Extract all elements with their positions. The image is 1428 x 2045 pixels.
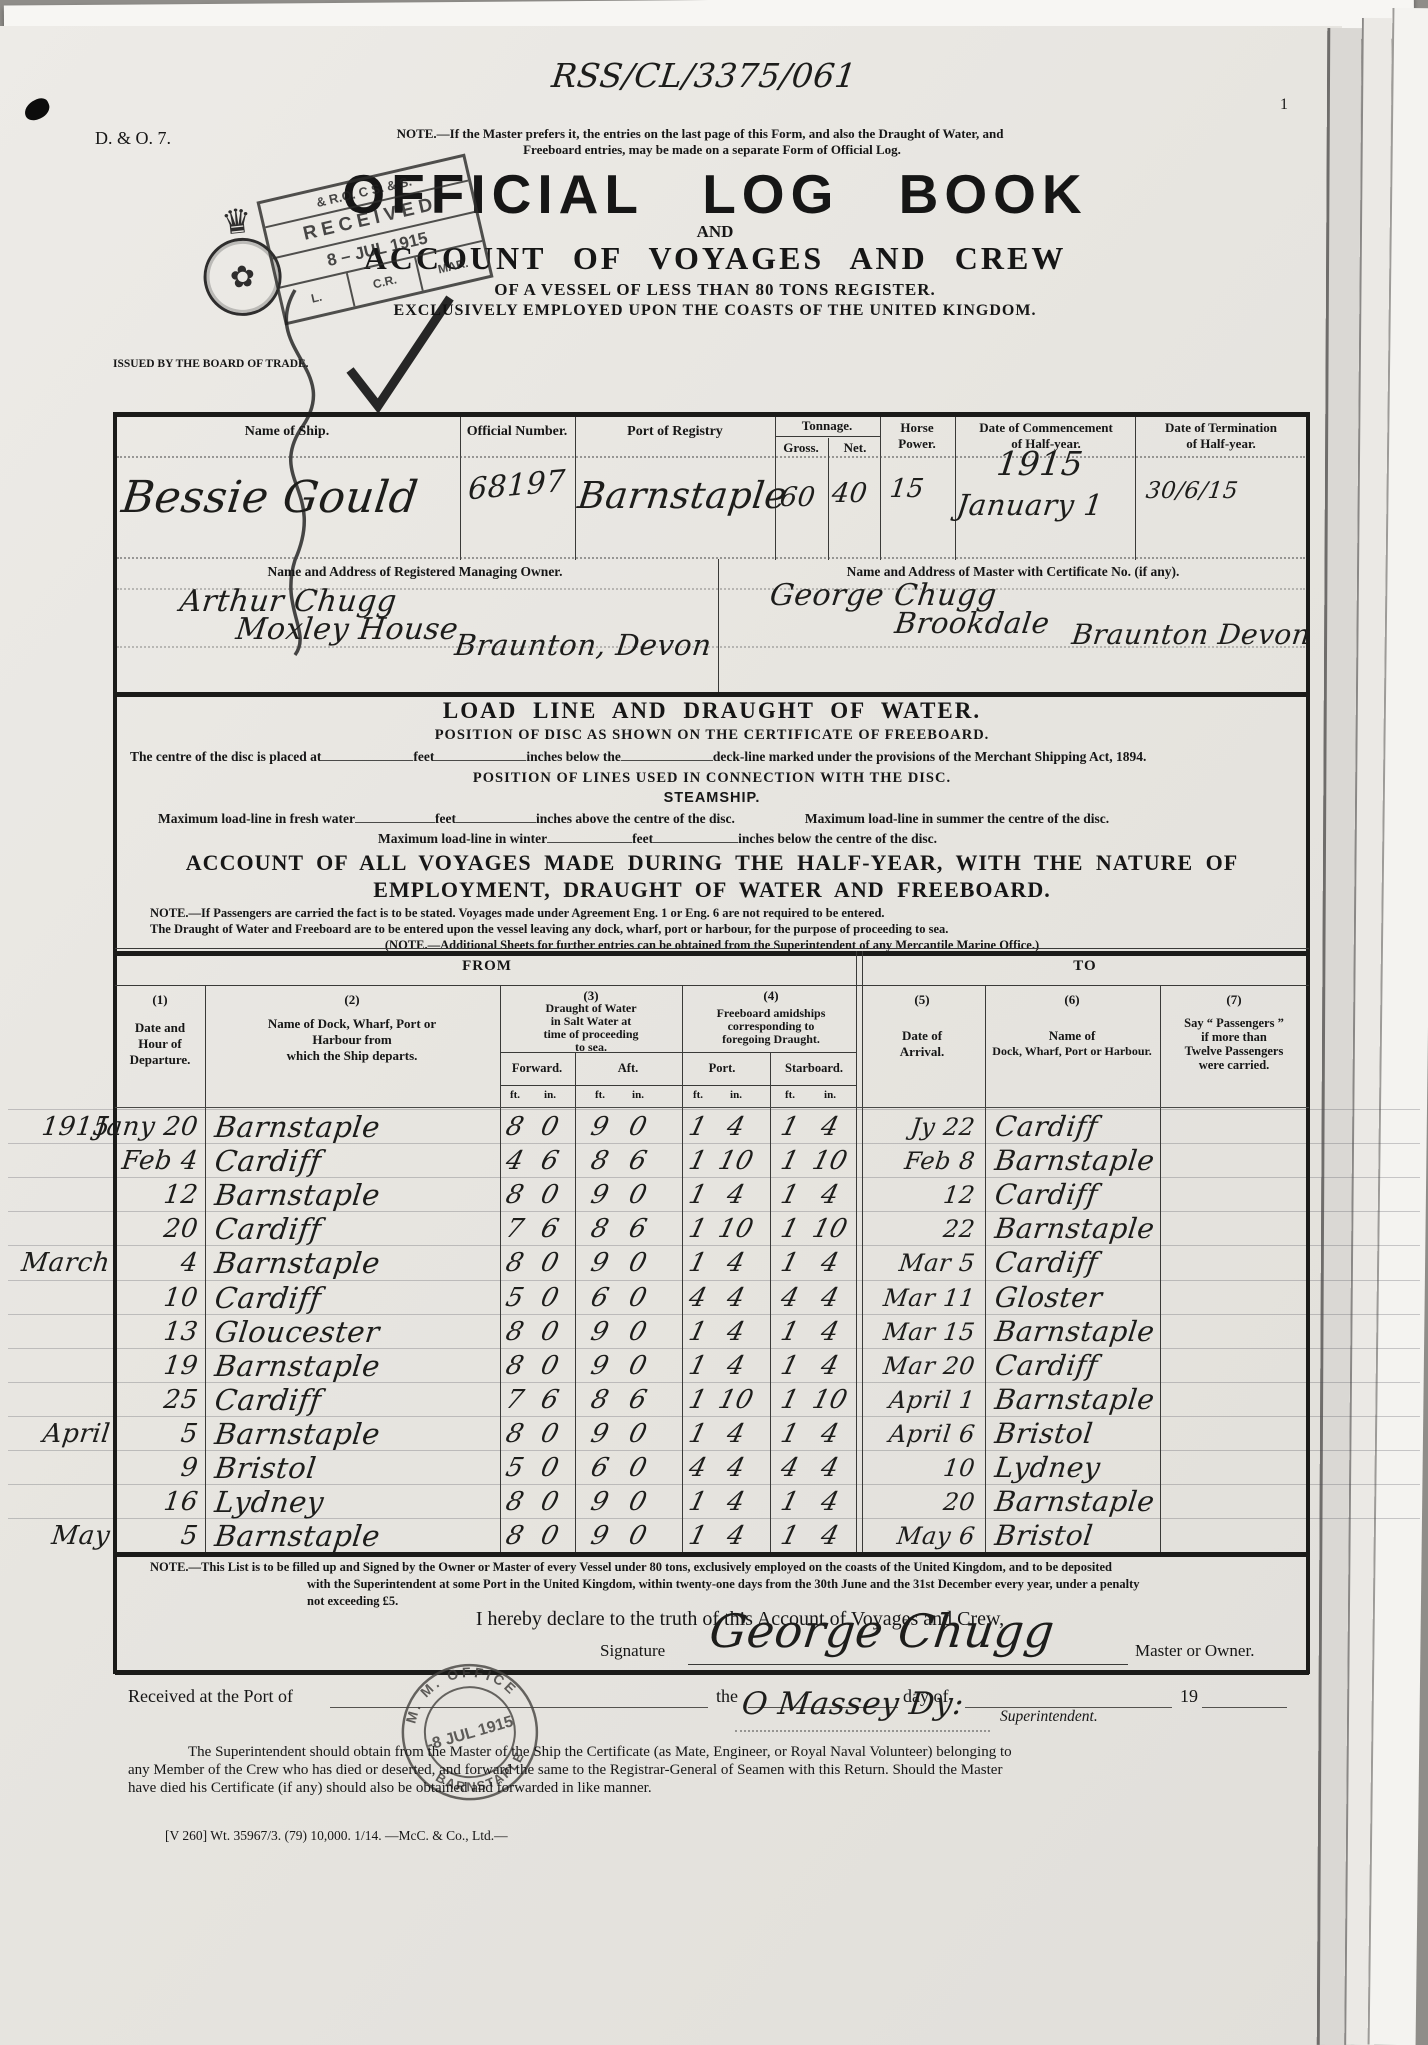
freeboard-port-in: 4 xyxy=(723,1109,749,1145)
freeboard-port-ft: 4 xyxy=(685,1280,711,1316)
draught-forward-ft: 8 xyxy=(502,1314,528,1350)
rule xyxy=(115,985,1309,986)
steamship-heading: STEAMSHIP. xyxy=(664,790,761,806)
header-bottom-rule xyxy=(115,1107,1309,1108)
divider xyxy=(460,417,461,560)
master-address-value-1: Brookdale xyxy=(893,606,1052,640)
received-19-label: 19 xyxy=(1180,1686,1198,1707)
col2-label-3: which the Ship departs. xyxy=(287,1048,418,1064)
col5-label-1: Date of xyxy=(902,1028,942,1044)
closing-paragraph-2: any Member of the Crew who has died or d… xyxy=(128,1762,1002,1779)
commencement-year-value: 1915 xyxy=(995,444,1086,483)
col6-label-1: Name of xyxy=(1049,1028,1096,1044)
received-the-label: the xyxy=(716,1686,738,1707)
arrival-date: 20 xyxy=(793,1484,977,1520)
port-of-registry-value: Barnstaple xyxy=(575,474,789,517)
feet-label: feet xyxy=(632,831,653,846)
freeboard-port-ft: 1 xyxy=(685,1143,711,1179)
departure-port: Cardiff xyxy=(213,1382,324,1418)
voyage-row: 19 Barnstaple 8 0 9 0 1 4 1 4 Mar 20 Car… xyxy=(0,1348,1428,1384)
subtitle-line2: OF A VESSEL OF LESS THAN 80 TONS REGISTE… xyxy=(494,280,936,300)
voyage-row: 25 Cardiff 7 6 8 6 1 10 1 10 April 1 Bar… xyxy=(0,1382,1428,1418)
voyage-row: April 5 Barnstaple 8 0 9 0 1 4 1 4 April… xyxy=(0,1416,1428,1452)
col1-label-2: Hour of xyxy=(138,1036,181,1052)
freeboard-port-in: 4 xyxy=(723,1416,749,1452)
departure-port: Barnstaple xyxy=(213,1416,382,1452)
departure-port: Barnstaple xyxy=(213,1177,382,1213)
draught-forward-in: 0 xyxy=(537,1450,563,1486)
horse-power-value: 15 xyxy=(888,474,926,504)
draught-aft-ft: 6 xyxy=(587,1280,613,1316)
col6-label-2: Dock, Wharf, Port or Harbour. xyxy=(992,1044,1151,1059)
blank-line xyxy=(547,830,632,843)
top-note-line2: Freeboard entries, may be made on a sepa… xyxy=(523,142,901,158)
departure-date: 13 xyxy=(0,1314,200,1350)
draught-forward-in: 0 xyxy=(537,1177,563,1213)
subtitle-line3: EXCLUSIVELY EMPLOYED UPON THE COASTS OF … xyxy=(394,302,1037,320)
draught-aft-ft: 8 xyxy=(587,1211,613,1247)
col5-label-2: Arrival. xyxy=(900,1044,944,1060)
blank-line xyxy=(456,810,536,823)
arrival-date: May 6 xyxy=(793,1518,977,1554)
freeboard-port-in: 10 xyxy=(715,1382,758,1418)
top-note-line1: NOTE.—If the Master prefers it, the entr… xyxy=(397,126,1004,142)
fresh-water-line: Maximum load-line in fresh waterfeetinch… xyxy=(158,810,1109,827)
draught-forward-ft: 8 xyxy=(502,1177,528,1213)
arrival-date: 10 xyxy=(793,1450,977,1486)
disc-position-line: The centre of the disc is placed atfeeti… xyxy=(130,748,1146,765)
departure-date: Jany 20 xyxy=(0,1109,200,1145)
ship-table-top-border xyxy=(115,412,1309,417)
from-header: FROM xyxy=(462,958,512,975)
voyage-row: 16 Lydney 8 0 9 0 1 4 1 4 20 Barnstaple xyxy=(0,1484,1428,1520)
col-tonnage: Tonnage. xyxy=(802,418,852,434)
departure-port: Cardiff xyxy=(213,1280,324,1316)
blank-line xyxy=(621,748,713,761)
draught-aft-ft: 9 xyxy=(587,1245,613,1281)
deposit-note-1: NOTE.—This List is to be filled up and S… xyxy=(150,1560,1112,1575)
voyage-row: March 4 Barnstaple 8 0 9 0 1 4 1 4 Mar 5… xyxy=(0,1245,1428,1281)
draught-forward-in: 6 xyxy=(537,1211,563,1247)
departure-date: 5 xyxy=(0,1518,200,1554)
freeboard-port-in: 4 xyxy=(723,1518,749,1554)
draught-aft-in: 0 xyxy=(625,1450,651,1486)
col-official-number: Official Number. xyxy=(467,424,568,440)
draught-aft-ft: 6 xyxy=(587,1450,613,1486)
col1-number: (1) xyxy=(152,992,167,1008)
departure-port: Barnstaple xyxy=(213,1245,382,1281)
winter-pre-text: Maximum load-line in winter xyxy=(378,831,547,846)
arrival-port: Barnstaple xyxy=(993,1211,1157,1247)
draught-aft-ft: 9 xyxy=(587,1518,613,1554)
draught-forward-in: 0 xyxy=(537,1109,563,1145)
superintendent-signature-handwritten: O Massey Dy: xyxy=(740,1686,966,1722)
departure-port: Barnstaple xyxy=(213,1348,382,1384)
draught-forward-in: 0 xyxy=(537,1314,563,1350)
draught-aft-in: 0 xyxy=(625,1177,651,1213)
title-and: AND xyxy=(697,222,734,242)
draught-forward-ft: 8 xyxy=(502,1518,528,1554)
departure-date: 16 xyxy=(0,1484,200,1520)
arrival-port: Barnstaple xyxy=(993,1382,1157,1418)
signature-label: Signature xyxy=(600,1641,665,1661)
freeboard-port-ft: 1 xyxy=(685,1518,711,1554)
freeboard-port-ft: 1 xyxy=(685,1348,711,1384)
draught-aft-ft: 9 xyxy=(587,1177,613,1213)
departure-port: Cardiff xyxy=(213,1143,324,1179)
closing-paragraph-3: have died his Certificate (if any) shoul… xyxy=(128,1780,652,1797)
commencement-date-value: January 1 xyxy=(955,488,1105,522)
deposit-note-3: not exceeding £5. xyxy=(307,1594,398,1609)
departure-date: 10 xyxy=(0,1280,200,1316)
winter-post-text: inches below the centre of the disc. xyxy=(738,831,937,846)
arrival-date: 12 xyxy=(793,1177,977,1213)
freeboard-port-in: 4 xyxy=(723,1280,749,1316)
ft-label: ft. xyxy=(510,1089,520,1101)
freeboard-port-ft: 1 xyxy=(685,1314,711,1350)
draught-forward-ft: 7 xyxy=(502,1211,528,1247)
freeboard-port-ft: 1 xyxy=(685,1382,711,1418)
feet-label: feet xyxy=(413,749,434,764)
owner-address-value-2: Braunton, Devon xyxy=(453,628,714,662)
voyage-row: 1915 Jany 20 Barnstaple 8 0 9 0 1 4 1 4 … xyxy=(0,1109,1428,1145)
account-heading-line1: ACCOUNT OF ALL VOYAGES MADE DURING THE H… xyxy=(186,850,1238,876)
draught-forward-in: 0 xyxy=(537,1280,563,1316)
position-of-lines-heading: POSITION OF LINES USED IN CONNECTION WIT… xyxy=(473,770,951,787)
section-border xyxy=(115,692,1309,697)
draught-aft-in: 6 xyxy=(625,1211,651,1247)
arrival-port: Barnstaple xyxy=(993,1314,1157,1350)
master-signature-handwritten: George Chugg xyxy=(707,1604,1058,1658)
blank-line xyxy=(653,830,738,843)
arrival-port: Barnstaple xyxy=(993,1484,1157,1520)
page-number: 1 xyxy=(1280,96,1288,114)
draught-aft-in: 0 xyxy=(625,1484,651,1520)
col7-label-2: if more than xyxy=(1201,1030,1267,1045)
col7-label-1: Say “ Passengers ” xyxy=(1184,1016,1284,1031)
departure-date: 4 xyxy=(0,1245,200,1281)
account-heading-line2: EMPLOYMENT, DRAUGHT OF WATER AND FREEBOA… xyxy=(373,877,1050,903)
in-label: in. xyxy=(730,1089,742,1101)
draught-forward-ft: 5 xyxy=(502,1280,528,1316)
col2-label-1: Name of Dock, Wharf, Port or xyxy=(268,1016,436,1032)
voyage-row: Feb 4 Cardiff 4 6 8 6 1 10 1 10 Feb 8 Ba… xyxy=(0,1143,1428,1179)
voyage-row: 13 Gloucester 8 0 9 0 1 4 1 4 Mar 15 Bar… xyxy=(0,1314,1428,1350)
tonnage-gross-value: 60 xyxy=(778,482,817,513)
freeboard-port-ft: 1 xyxy=(685,1484,711,1520)
issued-by-board-of-trade: ISSUED BY THE BOARD OF TRADE. xyxy=(113,358,309,370)
received-at-port-label: Received at the Port of xyxy=(128,1686,293,1707)
master-or-owner-label: Master or Owner. xyxy=(1135,1641,1254,1661)
draught-aft-ft: 9 xyxy=(587,1314,613,1350)
rule-dotted xyxy=(735,1730,990,1732)
arrival-port: Cardiff xyxy=(993,1245,1100,1281)
draught-forward-in: 6 xyxy=(537,1382,563,1418)
blank-line xyxy=(355,810,435,823)
freeboard-port-in: 10 xyxy=(715,1211,758,1247)
paper-sheet xyxy=(0,26,1342,2045)
divider xyxy=(575,417,576,560)
superintendent-label: Superintendent. xyxy=(1000,1708,1098,1726)
arrival-date: April 6 xyxy=(793,1416,977,1452)
col1-label-1: Date and xyxy=(135,1020,185,1036)
arrival-date: 22 xyxy=(793,1211,977,1247)
rule xyxy=(500,1085,856,1086)
fresh-pre-text: Maximum load-line in fresh water xyxy=(158,811,355,826)
to-header: TO xyxy=(1073,958,1096,975)
disc-mid-text: inches below the xyxy=(526,749,621,764)
ft-label: ft. xyxy=(693,1089,703,1101)
draught-forward-ft: 8 xyxy=(502,1416,528,1452)
divider xyxy=(1135,417,1136,560)
departure-port: Bristol xyxy=(213,1450,319,1486)
draught-aft-in: 6 xyxy=(625,1143,651,1179)
freeboard-port-in: 4 xyxy=(723,1177,749,1213)
forward-subheader: Forward. xyxy=(512,1061,562,1076)
freeboard-port-in: 10 xyxy=(715,1143,758,1179)
winter-line: Maximum load-line in winterfeetinches be… xyxy=(378,830,937,847)
arrival-port: Bristol xyxy=(993,1518,1095,1554)
freeboard-port-in: 4 xyxy=(723,1450,749,1486)
termination-date-value: 30/6/15 xyxy=(1144,478,1239,504)
port-subheader: Port. xyxy=(709,1061,736,1076)
scanned-log-book-page: RSS/CL/3375/061 1 D. & O. 7. NOTE.—If th… xyxy=(0,0,1428,2045)
col-name-of-ship: Name of Ship. xyxy=(245,424,329,440)
departure-port: Gloucester xyxy=(213,1314,382,1350)
draught-forward-ft: 7 xyxy=(502,1382,528,1418)
col-termination-1: Date of Termination xyxy=(1165,420,1277,436)
archive-reference-handwritten: RSS/CL/3375/061 xyxy=(550,56,859,95)
draught-aft-in: 6 xyxy=(625,1382,651,1418)
departure-date: 20 xyxy=(0,1211,200,1247)
in-label: in. xyxy=(824,1089,836,1101)
col-gross: Gross. xyxy=(783,440,819,456)
draught-forward-ft: 8 xyxy=(502,1109,528,1145)
draught-forward-ft: 5 xyxy=(502,1450,528,1486)
form-code: D. & O. 7. xyxy=(95,128,171,149)
col2-label-2: Harbour from xyxy=(312,1032,391,1048)
draught-forward-in: 0 xyxy=(537,1245,563,1281)
account-note-2: The Draught of Water and Freeboard are t… xyxy=(150,922,948,937)
voyage-row: 10 Cardiff 5 0 6 0 4 4 4 4 Mar 11 Gloste… xyxy=(0,1280,1428,1316)
voyages-table-top-border xyxy=(115,951,1309,956)
draught-forward-ft: 8 xyxy=(502,1484,528,1520)
summer-text: Maximum load-line in summer the centre o… xyxy=(805,811,1109,826)
departure-date: 5 xyxy=(0,1416,200,1452)
draught-forward-ft: 4 xyxy=(502,1143,528,1179)
arrival-date: Feb 8 xyxy=(793,1143,977,1179)
blank-line xyxy=(434,748,526,761)
fresh-post-text: inches above the centre of the disc. xyxy=(536,811,735,826)
voyage-row: May 5 Barnstaple 8 0 9 0 1 4 1 4 May 6 B… xyxy=(0,1518,1428,1554)
arrival-port: Cardiff xyxy=(993,1177,1100,1213)
draught-aft-ft: 8 xyxy=(587,1382,613,1418)
disc-post-text: deck-line marked under the provisions of… xyxy=(713,749,1147,764)
draught-aft-ft: 9 xyxy=(587,1416,613,1452)
voyage-row: 9 Bristol 5 0 6 0 4 4 4 4 10 Lydney xyxy=(0,1450,1428,1486)
blank-line xyxy=(321,748,413,761)
position-of-disc-heading: POSITION OF DISC AS SHOWN ON THE CERTIFI… xyxy=(435,727,990,744)
in-label: in. xyxy=(632,1089,644,1101)
aft-subheader: Aft. xyxy=(618,1061,638,1076)
arrival-port: Lydney xyxy=(993,1450,1103,1486)
col2-number: (2) xyxy=(344,992,359,1008)
in-label: in. xyxy=(544,1089,556,1101)
departure-date: 12 xyxy=(0,1177,200,1213)
printer-imprint: [V 260] Wt. 35967/3. (79) 10,000. 1/14. … xyxy=(165,1828,508,1844)
draught-aft-ft: 9 xyxy=(587,1109,613,1145)
draught-forward-ft: 8 xyxy=(502,1245,528,1281)
arrival-date: Mar 15 xyxy=(793,1314,977,1350)
draught-aft-in: 0 xyxy=(625,1314,651,1350)
rule xyxy=(115,948,1309,949)
departure-date: 9 xyxy=(0,1450,200,1486)
flower-icon: ✿ xyxy=(228,258,257,295)
divider xyxy=(880,417,881,560)
tonnage-net-value: 40 xyxy=(830,478,869,509)
account-note-1: NOTE.—If Passengers are carried the fact… xyxy=(150,906,885,921)
freeboard-port-ft: 4 xyxy=(685,1450,711,1486)
col3-label-4: to sea. xyxy=(575,1040,607,1055)
draught-forward-in: 0 xyxy=(537,1416,563,1452)
col1-label-3: Departure. xyxy=(130,1052,191,1068)
rule xyxy=(500,1052,856,1053)
freeboard-port-in: 4 xyxy=(723,1484,749,1520)
col-termination-2: of Half-year. xyxy=(1186,436,1256,452)
voyage-row: 12 Barnstaple 8 0 9 0 1 4 1 4 12 Cardiff xyxy=(0,1177,1428,1213)
draught-aft-ft: 8 xyxy=(587,1143,613,1179)
rule-dotted xyxy=(117,557,1305,559)
col7-label-4: were carried. xyxy=(1199,1058,1270,1073)
arrival-port: Gloster xyxy=(993,1280,1105,1316)
draught-aft-in: 0 xyxy=(625,1280,651,1316)
departure-date: 25 xyxy=(0,1382,200,1418)
voyage-row: 20 Cardiff 7 6 8 6 1 10 1 10 22 Barnstap… xyxy=(0,1211,1428,1247)
col6-number: (6) xyxy=(1064,992,1079,1008)
arrival-date: Mar 5 xyxy=(793,1245,977,1281)
freeboard-port-in: 4 xyxy=(723,1348,749,1384)
col7-label-3: Twelve Passengers xyxy=(1185,1044,1284,1059)
load-line-heading: LOAD LINE AND DRAUGHT OF WATER. xyxy=(443,698,981,724)
departure-port: Barnstaple xyxy=(213,1518,382,1554)
draught-aft-ft: 9 xyxy=(587,1348,613,1384)
draught-forward-in: 0 xyxy=(537,1484,563,1520)
freeboard-port-ft: 1 xyxy=(685,1177,711,1213)
draught-aft-in: 0 xyxy=(625,1518,651,1554)
starboard-subheader: Starboard. xyxy=(785,1061,843,1076)
deposit-note-2: with the Superintendent at some Port in … xyxy=(307,1577,1140,1592)
draught-forward-in: 0 xyxy=(537,1518,563,1554)
arrival-port: Cardiff xyxy=(993,1348,1100,1384)
master-address-value-2: Braunton Devon xyxy=(1070,618,1313,651)
closing-paragraph-1: The Superintendent should obtain from th… xyxy=(188,1744,1012,1761)
arrival-date: Jy 22 xyxy=(793,1109,977,1145)
feet-label: feet xyxy=(435,811,456,826)
departure-port: Lydney xyxy=(213,1484,326,1520)
freeboard-port-ft: 1 xyxy=(685,1109,711,1145)
signature-underline xyxy=(688,1664,1128,1665)
ft-label: ft. xyxy=(595,1089,605,1101)
arrival-port: Bristol xyxy=(993,1416,1095,1452)
owner-address-value-1: Moxley House xyxy=(234,612,461,647)
col-port-of-registry: Port of Registry xyxy=(627,424,723,440)
arrival-date: Mar 20 xyxy=(793,1348,977,1384)
ft-label: ft. xyxy=(785,1089,795,1101)
tonnage-underline xyxy=(775,436,880,437)
owner-label: Name and Address of Registered Managing … xyxy=(268,564,563,580)
freeboard-port-ft: 1 xyxy=(685,1211,711,1247)
col-net: Net. xyxy=(844,440,867,456)
departure-port: Barnstaple xyxy=(213,1109,382,1145)
departure-date: Feb 4 xyxy=(0,1143,200,1179)
freeboard-port-ft: 1 xyxy=(685,1245,711,1281)
draught-aft-in: 0 xyxy=(625,1416,651,1452)
departure-port: Cardiff xyxy=(213,1211,324,1247)
freeboard-port-in: 4 xyxy=(723,1245,749,1281)
col5-number: (5) xyxy=(914,992,929,1008)
draught-aft-ft: 9 xyxy=(587,1484,613,1520)
draught-forward-ft: 8 xyxy=(502,1348,528,1384)
col4-label-3: foregoing Draught. xyxy=(722,1032,820,1047)
arrival-date: April 1 xyxy=(793,1382,977,1418)
departure-date: 19 xyxy=(0,1348,200,1384)
draught-forward-in: 0 xyxy=(537,1348,563,1384)
draught-aft-in: 0 xyxy=(625,1245,651,1281)
blank-rule xyxy=(1202,1707,1287,1708)
col-horse-power-1: Horse xyxy=(900,420,933,436)
arrival-port: Barnstaple xyxy=(993,1143,1157,1179)
freeboard-port-ft: 1 xyxy=(685,1416,711,1452)
owner-master-divider xyxy=(718,559,719,692)
col4-number: (4) xyxy=(763,988,778,1004)
draught-aft-in: 0 xyxy=(625,1109,651,1145)
col-commencement-1: Date of Commencement xyxy=(979,420,1113,436)
divider xyxy=(955,417,956,560)
col7-number: (7) xyxy=(1226,992,1241,1008)
ship-name-value: Bessie Gould xyxy=(119,472,421,523)
draught-aft-in: 0 xyxy=(625,1348,651,1384)
col-horse-power-2: Power. xyxy=(898,436,935,452)
disc-pre-text: The centre of the disc is placed at xyxy=(130,749,321,764)
rule-dotted xyxy=(117,456,1305,458)
arrival-port: Cardiff xyxy=(993,1109,1100,1145)
freeboard-port-in: 4 xyxy=(723,1314,749,1350)
draught-forward-in: 6 xyxy=(537,1143,563,1179)
arrival-date: Mar 11 xyxy=(793,1280,977,1316)
form-bottom-border xyxy=(115,1670,1309,1675)
